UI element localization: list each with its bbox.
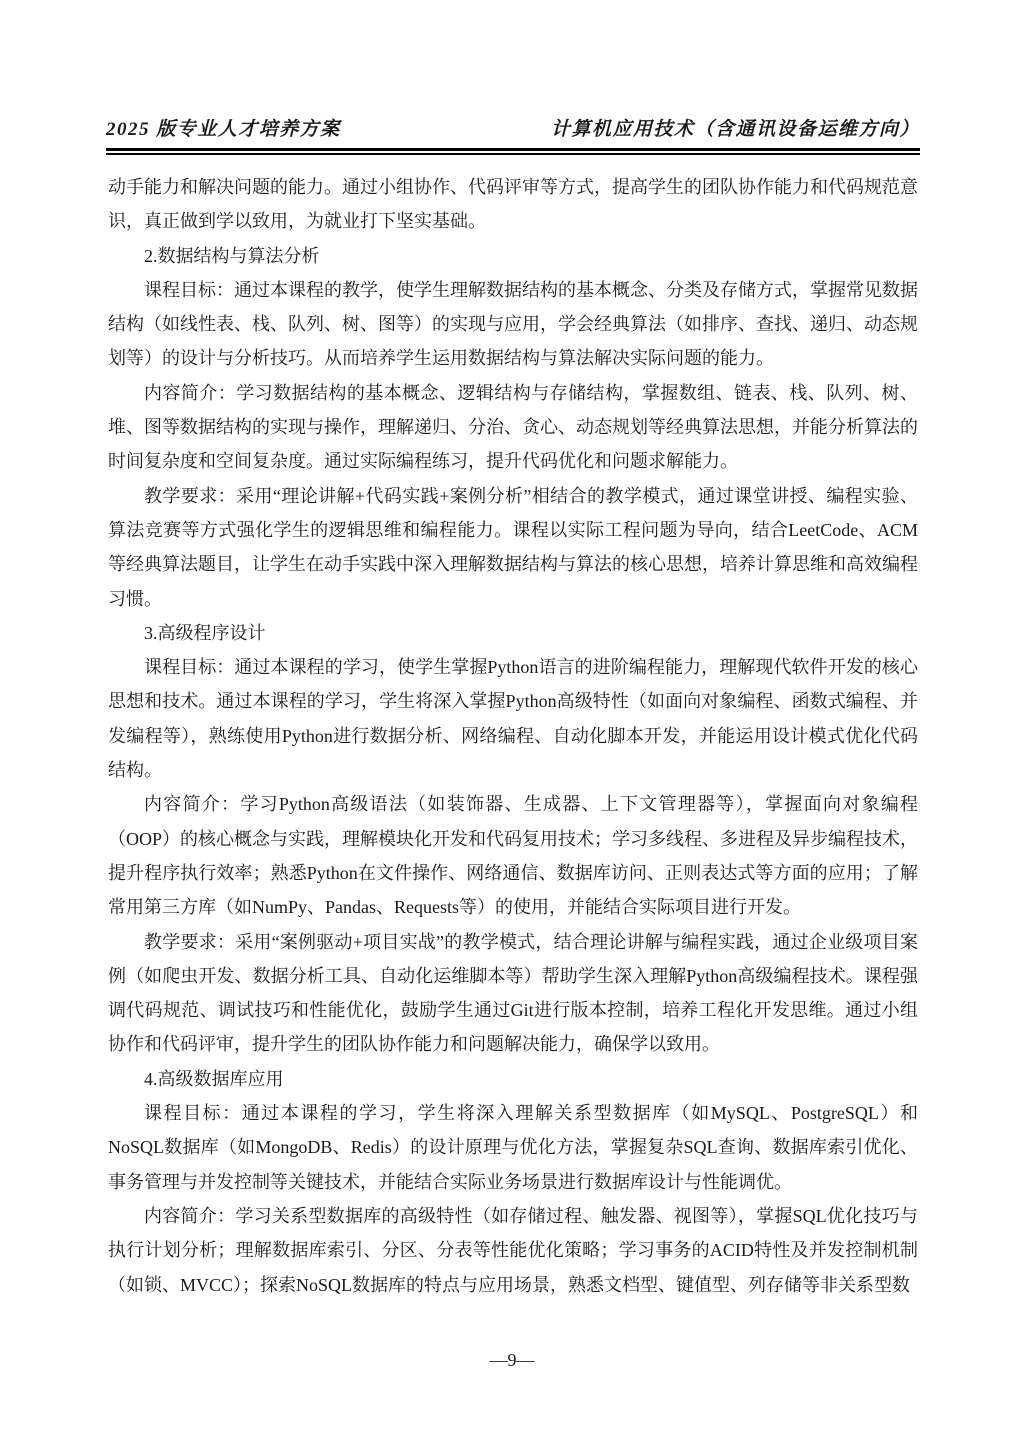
course-heading: 2.数据结构与算法分析 bbox=[108, 239, 918, 273]
header-left-title: 2025 版专业人才培养方案 bbox=[106, 114, 341, 141]
paragraph: 内容简介：学习Python高级语法（如装饰器、生成器、上下文管理器等），掌握面向… bbox=[108, 787, 918, 924]
course-heading: 4.高级数据库应用 bbox=[108, 1062, 918, 1096]
header-right-title: 计算机应用技术（含通讯设备运维方向） bbox=[551, 114, 920, 141]
paragraph: 内容简介：学习数据结构的基本概念、逻辑结构与存储结构，掌握数组、链表、栈、队列、… bbox=[108, 376, 918, 479]
paragraph: 课程目标：通过本课程的教学，使学生理解数据结构的基本概念、分类及存储方式，掌握常… bbox=[108, 273, 918, 376]
course-heading: 3.高级程序设计 bbox=[108, 616, 918, 650]
page-footer: —9— bbox=[0, 1350, 1024, 1371]
page-number: —9— bbox=[490, 1350, 535, 1370]
header-divider bbox=[106, 148, 920, 155]
paragraph: 动手能力和解决问题的能力。通过小组协作、代码评审等方式，提高学生的团队协作能力和… bbox=[108, 170, 918, 239]
divider-thick-line bbox=[106, 148, 920, 151]
page-header: 2025 版专业人才培养方案 计算机应用技术（含通讯设备运维方向） bbox=[106, 114, 920, 141]
document-body: 动手能力和解决问题的能力。通过小组协作、代码评审等方式，提高学生的团队协作能力和… bbox=[108, 170, 918, 1302]
document-page: 2025 版专业人才培养方案 计算机应用技术（含通讯设备运维方向） 动手能力和解… bbox=[0, 0, 1024, 1448]
paragraph: 教学要求：采用“理论讲解+代码实践+案例分析”相结合的教学模式，通过课堂讲授、编… bbox=[108, 479, 918, 616]
divider-thin-line bbox=[106, 153, 920, 155]
paragraph: 教学要求：采用“案例驱动+项目实战”的教学模式，结合理论讲解与编程实践，通过企业… bbox=[108, 925, 918, 1062]
paragraph: 课程目标：通过本课程的学习，学生将深入理解关系型数据库（如MySQL、Postg… bbox=[108, 1096, 918, 1199]
paragraph: 内容简介：学习关系型数据库的高级特性（如存储过程、触发器、视图等），掌握SQL优… bbox=[108, 1199, 918, 1302]
paragraph: 课程目标：通过本课程的学习，使学生掌握Python语言的进阶编程能力，理解现代软… bbox=[108, 650, 918, 787]
